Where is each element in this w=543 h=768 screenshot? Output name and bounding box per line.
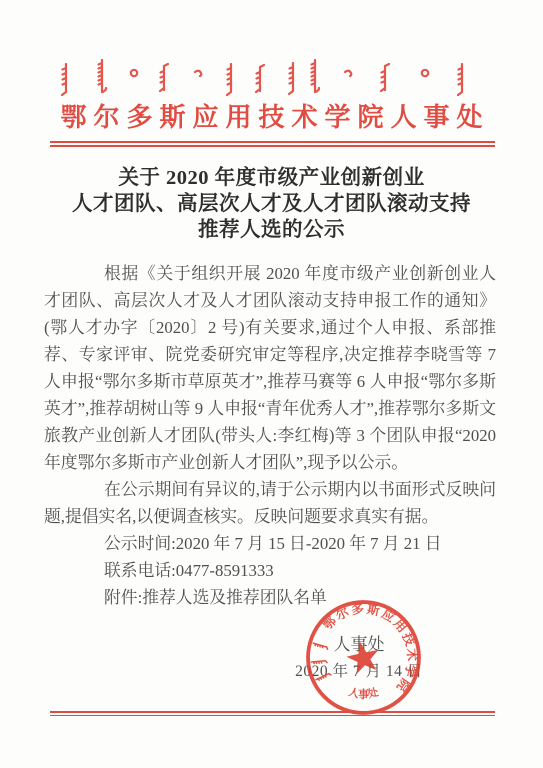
title-line-1: 关于 2020 年度市级产业创新创业: [28, 165, 515, 191]
paragraph-main: 根据《关于组织开展 2020 年度市级产业创新创业人才团队、高层次人才及人才团队…: [44, 260, 496, 476]
title-line-3: 推荐人选的公示: [28, 217, 515, 243]
seal-ring-text: 鄂尔多斯应用技术学院: [320, 601, 420, 695]
document-page: 鄂尔多斯应用技术学院人事处 关于 2020 年度市级产业创新创业 人才团队、高层…: [0, 0, 543, 768]
seal-bottom-text: 人事处: [347, 685, 380, 701]
svg-text:鄂尔多斯应用技术学院: 鄂尔多斯应用技术学院: [320, 601, 420, 695]
attachment-line: 附件:推荐人选及推荐团队名单: [44, 584, 496, 611]
title-line-2: 人才团队、高层次人才及人才团队滚动支持: [28, 191, 515, 217]
document-body: 根据《关于组织开展 2020 年度市级产业创新创业人才团队、高层次人才及人才团队…: [44, 260, 496, 611]
seal-star-icon: [344, 638, 382, 675]
footer-divider-line: [50, 711, 495, 713]
contact-phone-line: 联系电话:0477-8591333: [44, 557, 496, 584]
footer-divider: [50, 711, 495, 716]
mongolian-script-row-icon: [52, 58, 494, 96]
official-seal: 鄂尔多斯应用技术学院 人事处: [303, 597, 424, 718]
paragraph-objection: 在公示期间有异议的,请于公示期内以书面形式反映问题,提倡实名,以便调查核实。反映…: [44, 476, 496, 530]
header-divider-line: [50, 141, 495, 143]
svg-text:人事处: 人事处: [347, 685, 380, 701]
header-divider: [50, 141, 495, 147]
publicity-period-line: 公示时间:2020 年 7 月 15 日-2020 年 7 月 21 日: [44, 530, 496, 557]
document-title: 关于 2020 年度市级产业创新创业 人才团队、高层次人才及人才团队滚动支持 推…: [28, 165, 515, 243]
header-divider-line: [50, 145, 495, 147]
seal-mongolian-script-icon: [311, 643, 331, 681]
footer-divider-line: [50, 715, 495, 717]
org-name: 鄂尔多斯应用技术学院人事处: [0, 97, 543, 134]
